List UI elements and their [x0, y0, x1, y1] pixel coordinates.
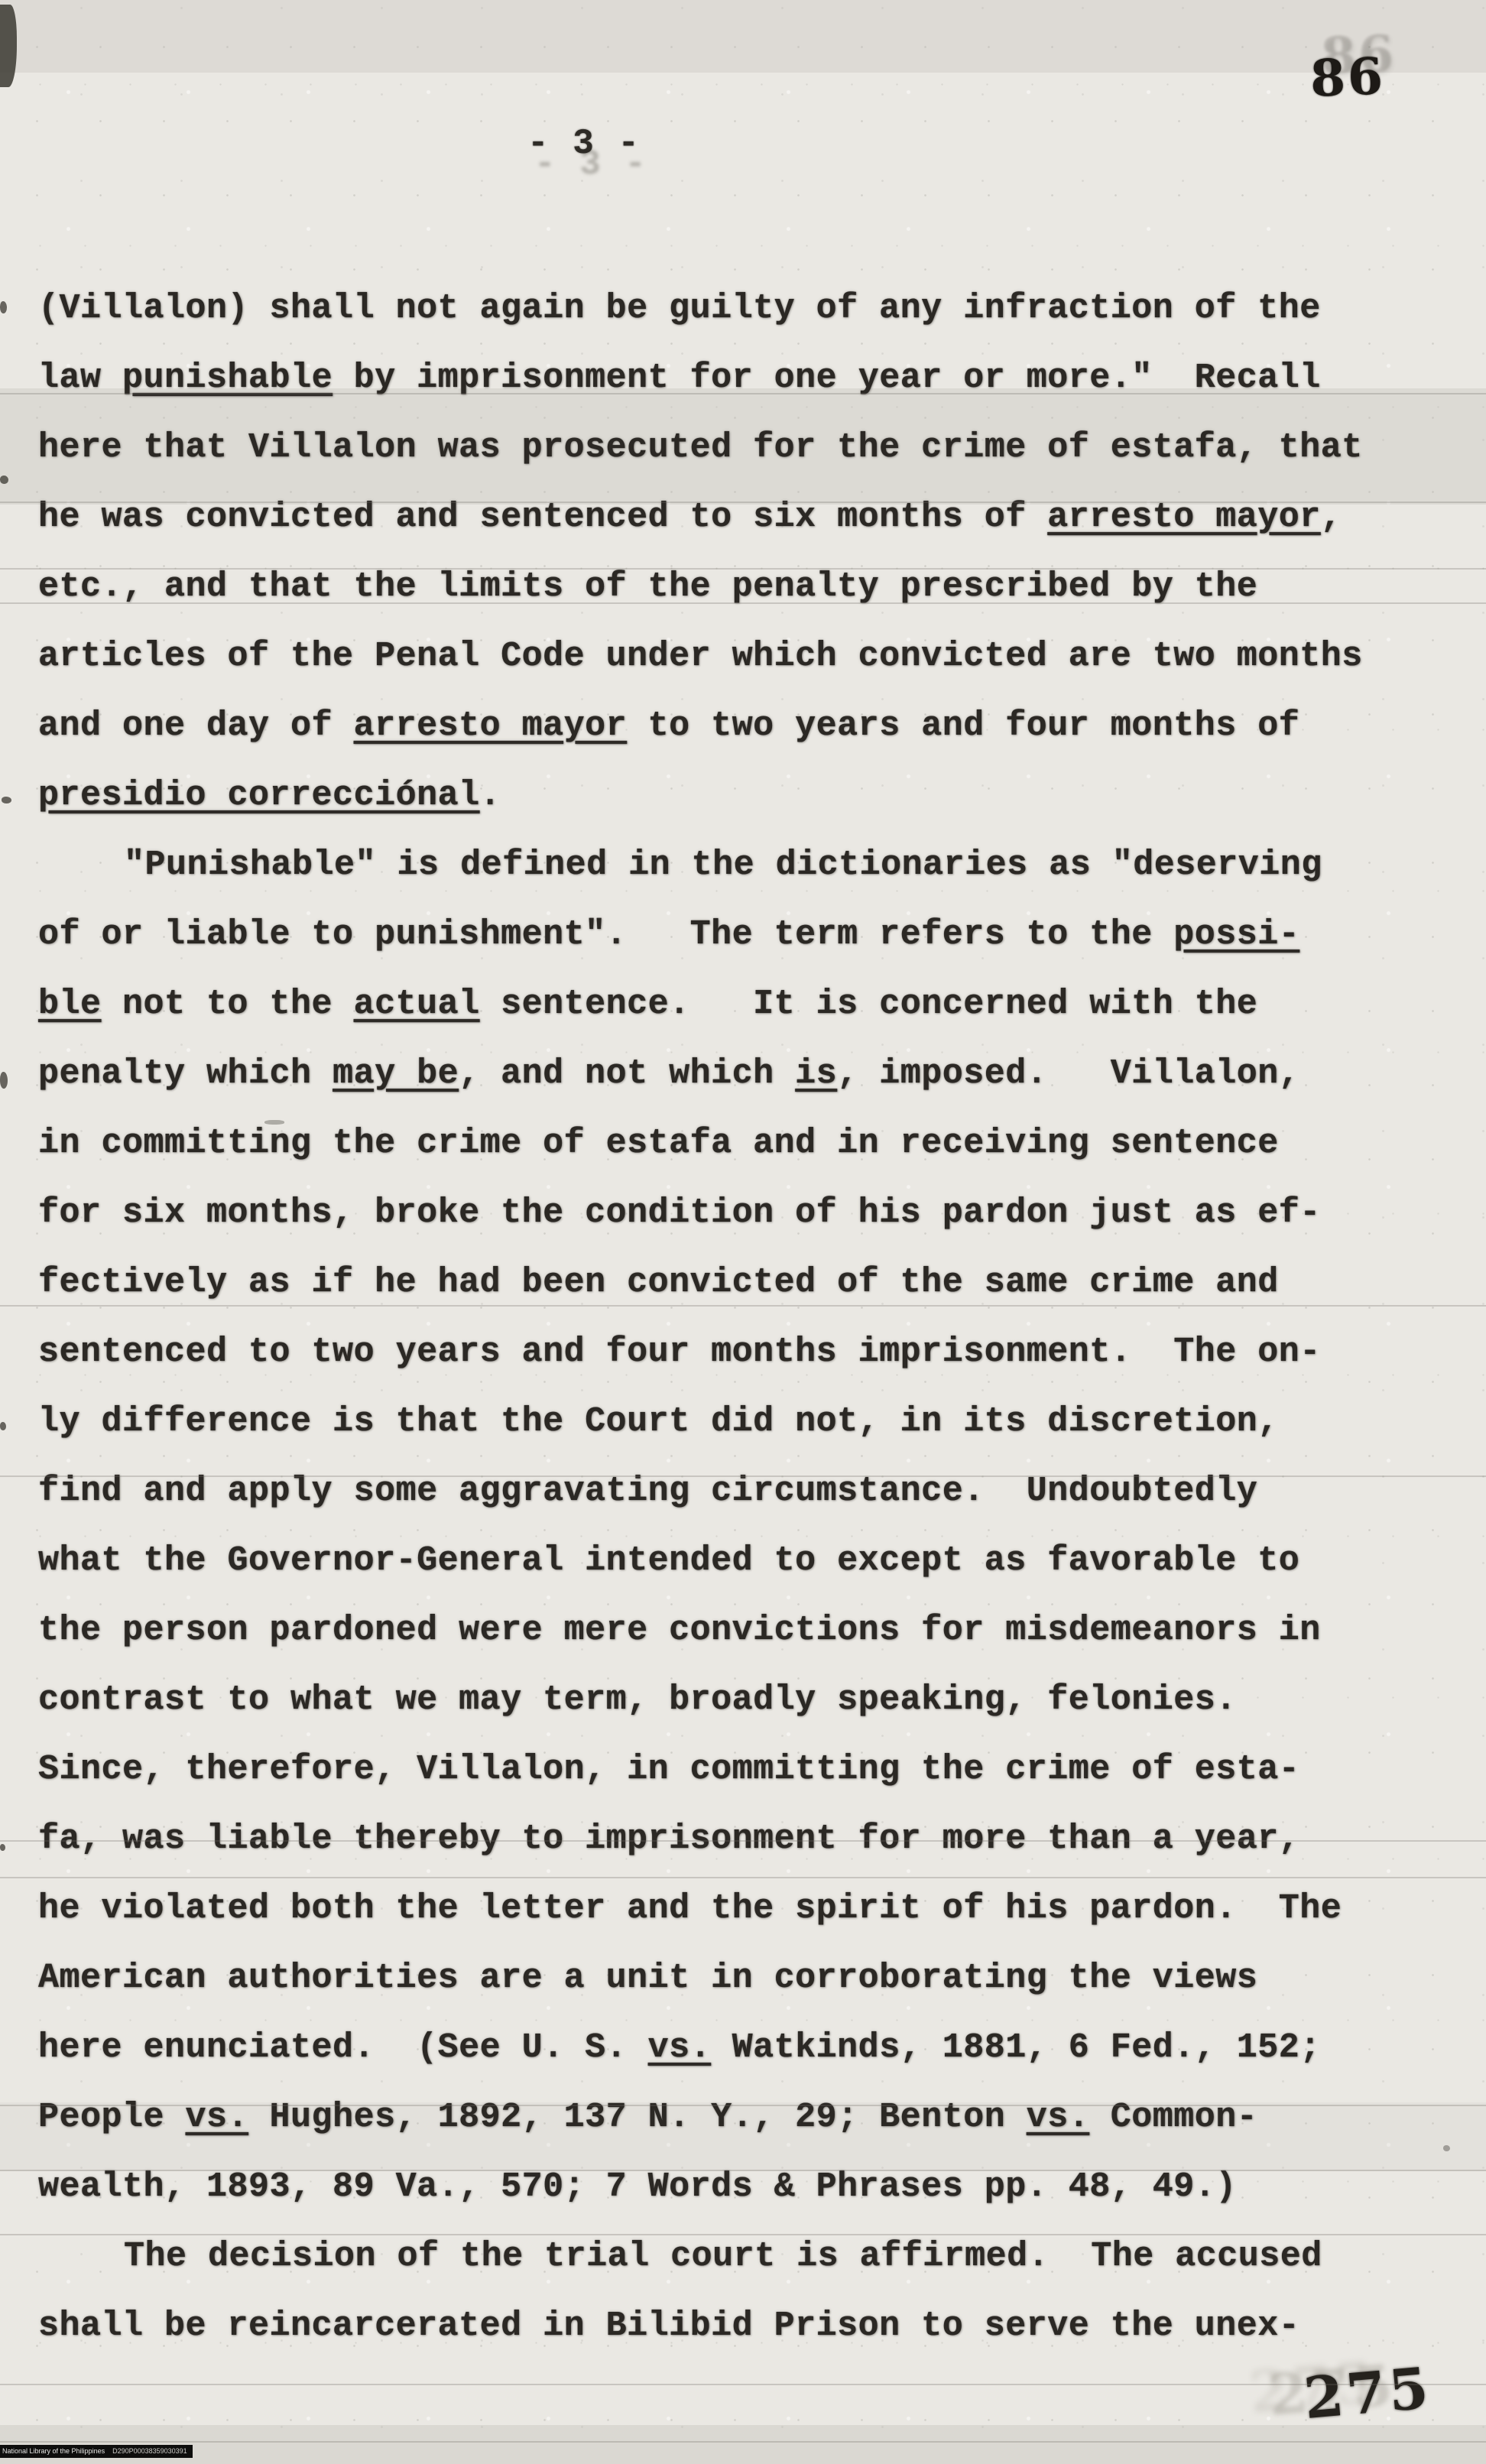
text-line: People vs. Hughes, 1892, 137 N. Y., 29; … — [38, 2083, 1414, 2152]
scan-edge-artifact — [0, 1844, 5, 1851]
text-line: ble not to the actual sentence. It is co… — [38, 969, 1414, 1039]
scan-edge-artifact — [264, 1120, 284, 1125]
text-line: penalty which may be, and not which is, … — [38, 1039, 1414, 1109]
text-line: here enunciated. (See U. S. vs. Watkinds… — [38, 2013, 1414, 2083]
text-line: in committing the crime of estafa and in… — [38, 1109, 1414, 1178]
text-line: he was convicted and sentenced to six mo… — [38, 482, 1414, 552]
text-line: and one day of arresto mayor to two year… — [38, 691, 1414, 761]
text-line: here that Villalon was prosecuted for th… — [38, 413, 1414, 482]
page-number-marker: - 3 - — [527, 124, 641, 164]
scan-edge-artifact — [0, 476, 8, 484]
text-line: American authorities are a unit in corro… — [38, 1943, 1414, 2013]
text-line: sentenced to two years and four months i… — [38, 1317, 1414, 1387]
text-line: contrast to what we may term, broadly sp… — [38, 1665, 1414, 1735]
scanned-document-page: 86 - 3 - (Villalon) shall not again be g… — [0, 0, 1486, 2464]
scan-edge-artifact — [0, 5, 17, 87]
library-watermark-label: National Library of the Philippines — [2, 2447, 105, 2455]
typewritten-text: (Villalon) shall not again be guilty of … — [38, 274, 1414, 2361]
text-line: The decision of the trial court is affir… — [38, 2222, 1414, 2291]
scan-edge-artifact — [2, 797, 11, 803]
library-watermark: National Library of the PhilippinesD290P… — [0, 2445, 193, 2458]
library-watermark-code: D290P00038359030391 — [112, 2447, 187, 2455]
text-line: presidio correcciónal. — [38, 761, 1414, 830]
text-line: for six months, broke the condition of h… — [38, 1178, 1414, 1248]
scan-edge-artifact — [0, 1422, 6, 1430]
text-line: law punishable by imprisonment for one y… — [38, 343, 1414, 413]
text-line: fa, was liable thereby to imprisonment f… — [38, 1804, 1414, 1874]
text-line: find and apply some aggravating circumst… — [38, 1456, 1414, 1526]
scan-tone-band — [0, 0, 1486, 73]
text-line: the person pardoned were mere conviction… — [38, 1596, 1414, 1665]
text-line: he violated both the letter and the spir… — [38, 1874, 1414, 1943]
text-line: fectively as if he had been convicted of… — [38, 1248, 1414, 1317]
text-line: (Villalon) shall not again be guilty of … — [38, 274, 1414, 343]
text-line: articles of the Penal Code under which c… — [38, 622, 1414, 691]
scan-edge-artifact — [0, 1072, 8, 1089]
document-number-stamp: 275 — [1302, 2355, 1434, 2432]
text-line: ly difference is that the Court did not,… — [38, 1387, 1414, 1456]
scan-edge-artifact — [1443, 2145, 1450, 2151]
text-line: etc., and that the limits of the penalty… — [38, 552, 1414, 622]
text-line: "Punishable" is defined in the dictionar… — [38, 830, 1414, 900]
scan-tone-band — [0, 2425, 1486, 2464]
text-line: Since, therefore, Villalon, in committin… — [38, 1735, 1414, 1804]
text-line: wealth, 1893, 89 Va., 570; 7 Words & Phr… — [38, 2152, 1414, 2222]
folio-number-stamp: 86 — [1309, 46, 1387, 108]
text-line: of or liable to punishment". The term re… — [38, 900, 1414, 969]
scan-edge-artifact — [0, 301, 7, 313]
text-line: shall be reincarcerated in Bilibid Priso… — [38, 2291, 1414, 2361]
text-line: what the Governor-General intended to ex… — [38, 1526, 1414, 1596]
